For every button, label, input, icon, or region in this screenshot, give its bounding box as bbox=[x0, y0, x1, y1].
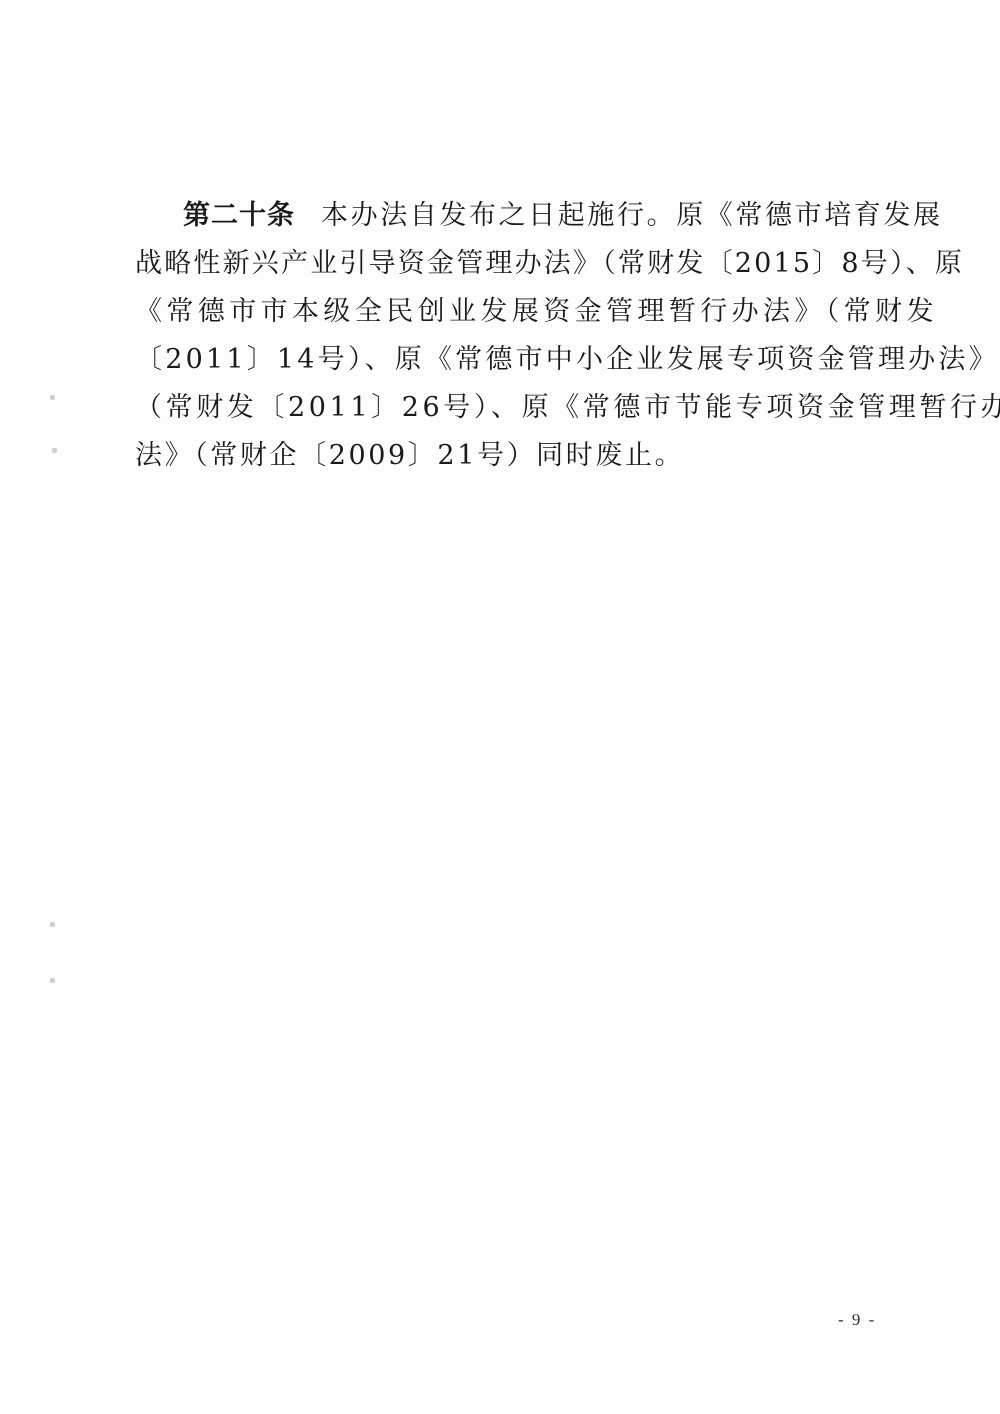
scan-artifact bbox=[50, 978, 55, 983]
paragraph-line: （常财发〔2011〕26号）、原《常德市节能专项资金管理暂行办 bbox=[135, 384, 1000, 432]
scan-artifact bbox=[50, 922, 55, 927]
scan-artifact bbox=[52, 448, 57, 453]
article-number: 第二十条 bbox=[183, 200, 295, 231]
page-number: - 9 - bbox=[838, 1310, 876, 1330]
document-page: 第二十条本办法自发布之日起施行。原《常德市培育发展 战略性新兴产业引导资金管理办… bbox=[0, 0, 1000, 1414]
paragraph-line: 战略性新兴产业引导资金管理办法》（常财发〔2015〕8号）、原 bbox=[135, 240, 964, 288]
scan-artifact bbox=[50, 395, 55, 400]
paragraph-line: 〔2011〕14号）、原《常德市中小企业发展专项资金管理办法》 bbox=[135, 336, 999, 384]
paragraph-line: 法》（常财企〔2009〕21号）同时废止。 bbox=[135, 432, 684, 480]
paragraph-line: 《常德市市本级全民创业发展资金管理暂行办法》（常财发 bbox=[135, 288, 938, 336]
paragraph-line: 第二十条本办法自发布之日起施行。原《常德市培育发展 bbox=[183, 192, 943, 240]
line-text: 本办法自发布之日起施行。原《常德市培育发展 bbox=[321, 200, 943, 231]
